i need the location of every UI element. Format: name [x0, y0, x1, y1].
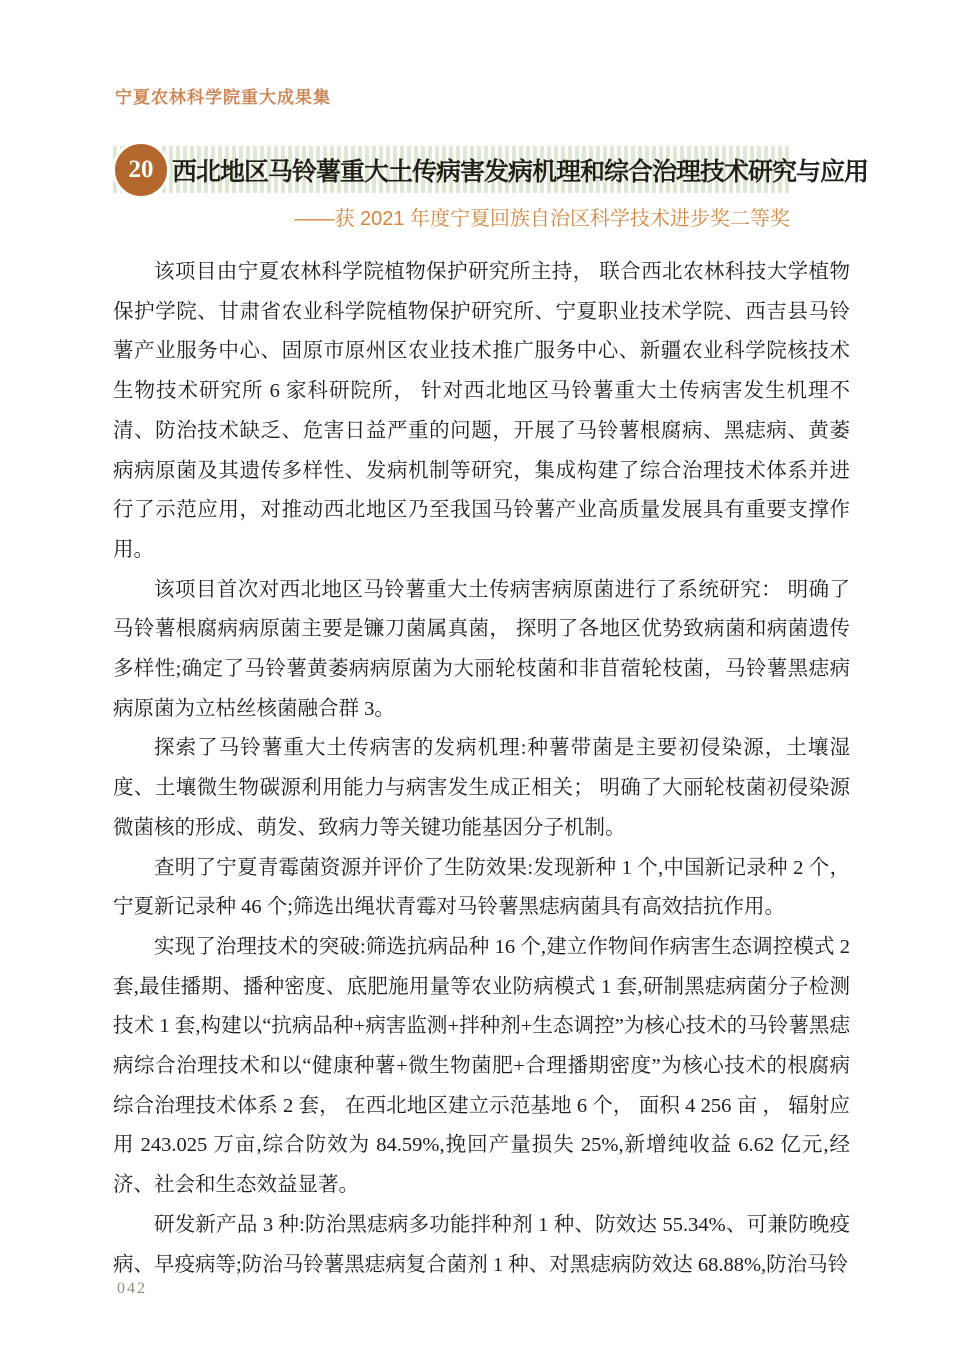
award-subtitle: ——获 2021 年度宁夏回族自治区科学技术进步奖二等奖 — [113, 202, 790, 231]
book-series-header: 宁夏农林科学院重大成果集 — [115, 83, 331, 108]
body-paragraph: 该项目由宁夏农林科学院植物保护研究所主持， 联合西北农林科技大学植物保护学院、甘… — [113, 253, 850, 571]
body-paragraph: 该项目首次对西北地区马铃薯重大土传病害病原菌进行了系统研究： 明确了马铃薯根腐病… — [113, 571, 850, 730]
body-paragraph: 查明了宁夏青霉菌资源并评价了生防效果:发现新种 1 个,中国新记录种 2 个，宁… — [113, 849, 850, 928]
document-page: 宁夏农林科学院重大成果集 20 西北地区马铃薯重大土传病害发病机理和综合治理技术… — [0, 0, 962, 1361]
chapter-number-badge: 20 — [112, 141, 170, 199]
body-text: 该项目由宁夏农林科学院植物保护研究所主持， 联合西北农林科技大学植物保护学院、甘… — [113, 253, 850, 1285]
body-paragraph: 研发新产品 3 种:防治黑痣病多功能拌种剂 1 种、防效达 55.34%、可兼防… — [113, 1206, 850, 1285]
body-paragraph: 探索了马铃薯重大土传病害的发病机理:种薯带菌是主要初侵染源，土壤湿度、土壤微生物… — [113, 729, 850, 848]
chapter-title: 西北地区马铃薯重大土传病害发病机理和综合治理技术研究与应用 — [172, 146, 790, 193]
page-number: 042 — [117, 1280, 147, 1298]
body-paragraph: 实现了治理技术的突破:筛选抗病品种 16 个,建立作物间作病害生态调控模式 2 … — [113, 928, 850, 1206]
